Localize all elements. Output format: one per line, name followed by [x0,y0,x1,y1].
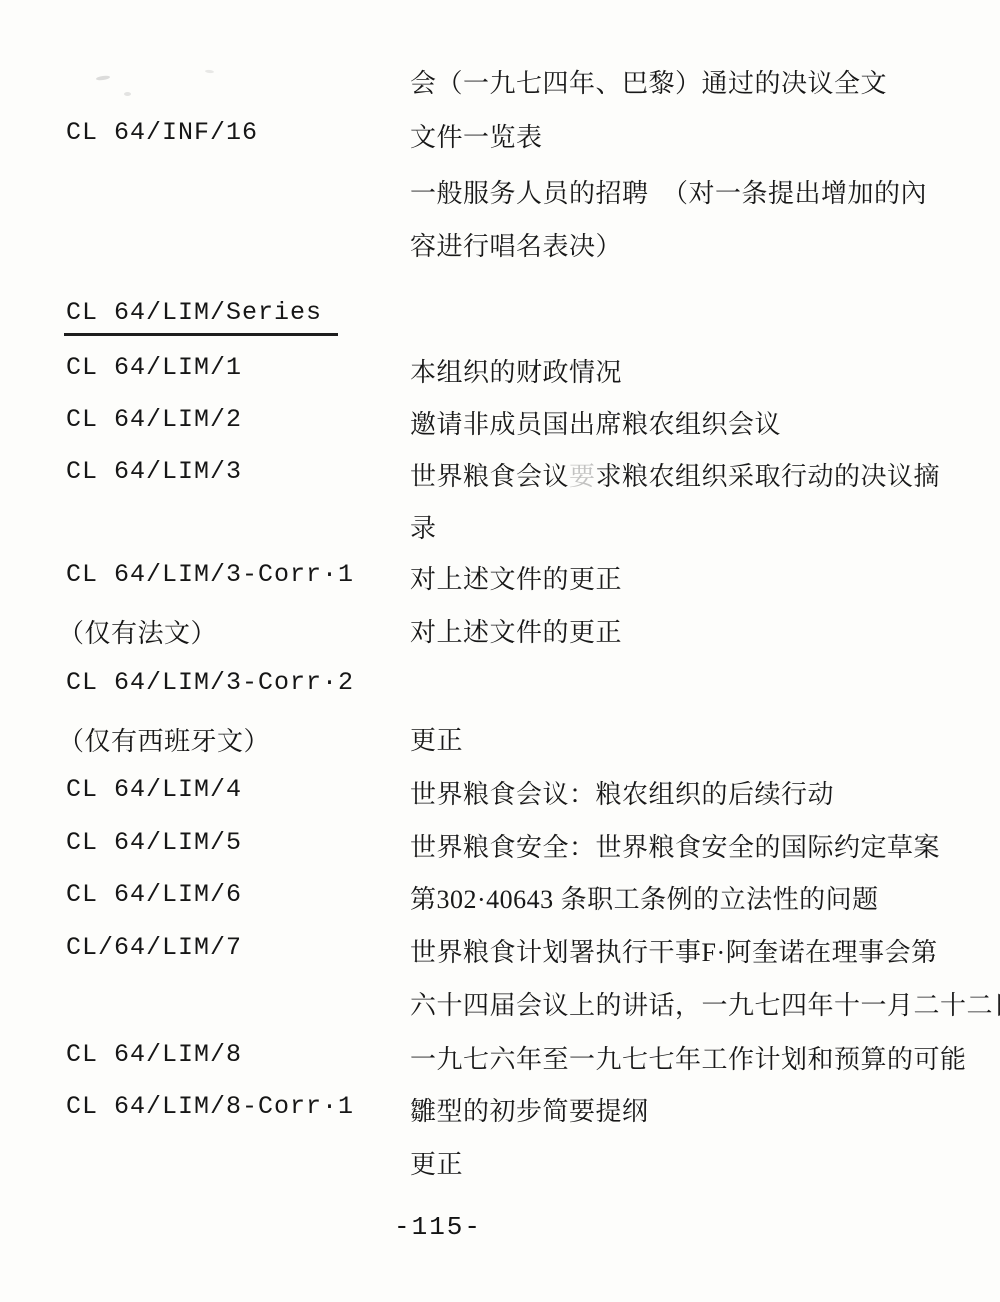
document-title: 第302·40643 条职工条例的立法性的问题 [410,879,879,916]
document-row: CL 64/LIM/3-Corr·1对上述文件的更正 [66,560,354,596]
scan-artifact [124,92,131,96]
document-code: CL 64/LIM/2 [66,405,242,434]
document-title: 更正 [410,720,463,757]
document-title: 容进行唱名表决） [410,226,622,263]
document-title: 文件一览表 [410,117,543,154]
document-row: CL 64/INF/16文件一览表 [66,118,258,154]
document-code: CL 64/LIM/3-Corr·2 [66,668,354,697]
document-title: 雛型的初步简要提纲 [410,1091,649,1128]
document-code: CL/64/LIM/7 [66,933,242,962]
document-title: 更正 [410,1144,463,1181]
document-title: 世界粮食会议：粮农组织的后续行动 [410,774,834,811]
document-row: CL 64/LIM/8-Corr·1雛型的初步简要提纲 [66,1092,354,1128]
document-row: CL 64/LIM/6第302·40643 条职工条例的立法性的问题 [66,880,242,916]
document-title: 会（一九七四年、巴黎）通过的决议全文 [410,63,887,100]
document-row: CL 64/LIM/5世界粮食安全：世界粮食安全的国际约定草案 [66,828,242,864]
document-title: 世界粮食计划署执行干事F·阿奎诺在理事会第 [410,932,938,969]
document-title: 录 [410,508,437,545]
document-code-language-note: （仅有西班牙文） [58,727,270,756]
document-code: CL 64/LIM/8-Corr·1 [66,1092,354,1121]
document-row: CL 64/LIM/8一九七六年至一九七七年工作计划和预算的可能 [66,1040,242,1076]
document-row: CL 64/LIM/4世界粮食会议：粮农组织的后续行动 [66,775,242,811]
document-title: 一九七六年至一九七七年工作计划和预算的可能 [410,1039,967,1076]
document-row: CL 64/LIM/1本组织的财政情况 [66,353,242,389]
document-code: CL 64/LIM/5 [66,828,242,857]
series-heading-row: CL 64/LIM/Series [66,298,338,334]
document-code-language-note: （仅有法文） [58,619,217,648]
document-title: 对上述文件的更正 [410,612,622,649]
document-code: CL 64/LIM/3 [66,457,242,486]
document-title: 本组织的财政情况 [410,352,622,389]
scan-artifact [205,70,214,74]
document-row: CL 64/LIM/3-Corr·2 [66,668,354,704]
document-code: CL 64/LIM/3-Corr·1 [66,560,354,589]
document-code: CL 64/LIM/4 [66,775,242,804]
document-title: 六十四届会议上的讲话，一九七四年十一月二十二日 [410,985,1000,1022]
document-row: CL 64/LIM/3世界粮食会议要求粮农组织采取行动的决议摘 [66,457,242,493]
document-code: CL 64/INF/16 [66,118,258,147]
faded-character: 要 [569,462,596,491]
scan-artifact [96,75,110,81]
document-code: CL 64/LIM/Series [64,298,338,336]
document-row: （仅有西班牙文）更正 [66,721,270,757]
document-row: CL/64/LIM/7世界粮食计划署执行干事F·阿奎诺在理事会第 [66,933,242,969]
document-title: 世界粮食安全：世界粮食安全的国际约定草案 [410,827,940,864]
document-code: CL 64/LIM/8 [66,1040,242,1069]
document-title: 一般服务人员的招聘 （对一条提出增加的內 [410,173,927,210]
document-row: CL 64/LIM/2邀请非成员国出席粮农组织会议 [66,405,242,441]
document-row: （仅有法文）对上述文件的更正 [66,613,217,649]
document-code: CL 64/LIM/6 [66,880,242,909]
document-code: CL 64/LIM/1 [66,353,242,382]
document-title: 对上述文件的更正 [410,559,622,596]
page-number: -115- [394,1212,482,1242]
document-title: 邀请非成员国出席粮农组织会议 [410,404,781,441]
document-title: 世界粮食会议要求粮农组织采取行动的决议摘 [410,456,940,493]
document-page: 会（一九七四年、巴黎）通过的决议全文CL 64/INF/16文件一览表一般服务人… [0,0,1000,1302]
